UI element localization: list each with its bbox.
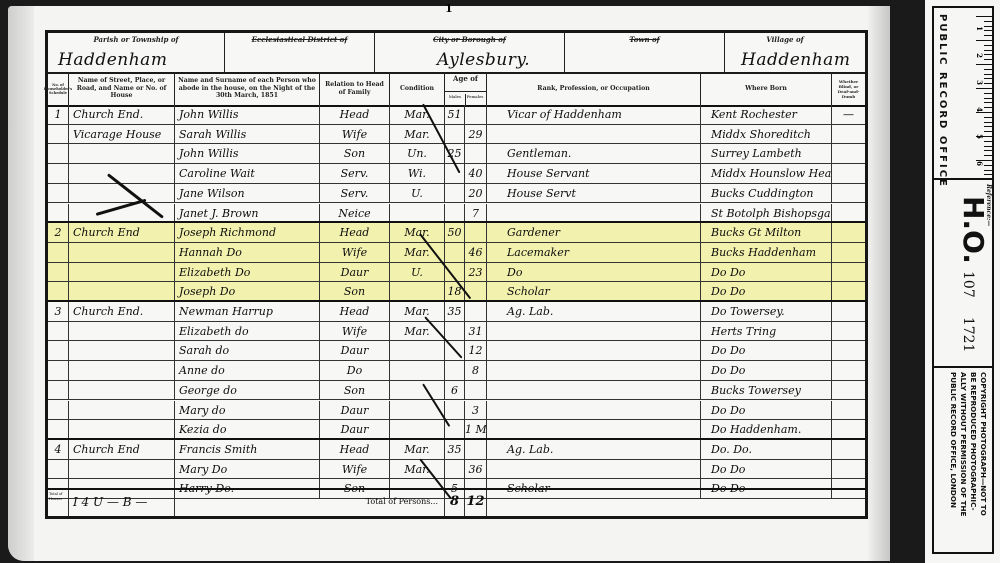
cell-name: Joseph Do <box>175 282 320 300</box>
cell-street <box>69 361 175 380</box>
ruler-tick <box>984 59 992 60</box>
col-relation: Relation to Head of Family <box>320 72 390 105</box>
reference-strip: PUBLIC RECORD OFFICE 123456 Reference:— … <box>925 0 1000 563</box>
col-schedule: No. of Householder's Schedule <box>48 72 69 105</box>
cell-female <box>465 105 487 124</box>
cell-relation: Head <box>320 223 390 242</box>
cell-relation: Son <box>320 144 390 163</box>
cell-relation: Do <box>320 361 390 380</box>
cell-blind <box>832 164 865 183</box>
cell-born: Bucks Haddenham <box>701 243 832 262</box>
totals-row: Total of Houses I 4 U — B — Total of Per… <box>48 488 865 516</box>
cell-born: Do Do <box>701 361 832 380</box>
table-row: 2Church EndJoseph RichmondHeadMar.50Gard… <box>48 223 865 243</box>
ruler-tick <box>984 170 992 171</box>
cell-male <box>445 125 465 144</box>
col-blind: Whether Blind, or Deaf-and-Dumb <box>832 72 865 105</box>
cell-male <box>445 401 465 420</box>
total-females: 12 <box>465 490 487 516</box>
cell-female <box>465 223 487 242</box>
cell-relation: Wife <box>320 125 390 144</box>
cell-born: Bucks Gt Milton <box>701 223 832 242</box>
col-age-females: Females <box>465 94 485 99</box>
cell-female <box>465 144 487 163</box>
parish-value: Haddenham <box>58 50 167 70</box>
cell-female: 20 <box>465 184 487 203</box>
cell-born: Middx Shoreditch <box>701 125 832 144</box>
cell-name: Anne do <box>175 361 320 380</box>
ruler-number: 6 <box>975 161 984 166</box>
ruler-tick <box>984 117 992 118</box>
census-form: Parish or Township of Haddenham Ecclesia… <box>45 30 868 519</box>
cell-blind <box>832 144 865 163</box>
table-row: Anne doDo8Do Do <box>48 361 865 381</box>
cell-blind <box>832 381 865 400</box>
cell-male: 50 <box>445 223 465 242</box>
cell-condition: Mar. <box>390 460 445 479</box>
cell-relation: Neice <box>320 204 390 222</box>
cell-female: 36 <box>465 460 487 479</box>
village-value: Haddenham <box>741 50 850 70</box>
town-label: Town of <box>629 35 659 44</box>
cell-relation: Head <box>320 105 390 124</box>
city-value: Aylesbury. <box>437 50 530 70</box>
cell-schedule <box>48 125 69 144</box>
cell-condition <box>390 341 445 360</box>
cell-relation: Daur <box>320 263 390 282</box>
ruler-tick <box>984 102 992 103</box>
cell-street <box>69 401 175 420</box>
cell-occupation: Do <box>487 263 701 282</box>
copyright-line: BE REPRODUCED PHOTOGRAPHIC- <box>969 372 978 511</box>
cell-name: Hannah Do <box>175 243 320 262</box>
cell-female: 40 <box>465 164 487 183</box>
cell-born: Do Do <box>701 282 832 300</box>
cell-condition: Mar. <box>390 440 445 459</box>
cell-relation: Son <box>320 381 390 400</box>
cell-condition: Mar. <box>390 243 445 262</box>
reference-code: H.O. <box>957 196 990 264</box>
cell-relation: Serv. <box>320 184 390 203</box>
cell-born: Kent Rochester <box>701 105 832 124</box>
cell-schedule <box>48 460 69 479</box>
cell-occupation <box>487 125 701 144</box>
ruler-tick <box>984 93 992 94</box>
cell-street: Church End. <box>69 105 175 124</box>
ruler-tick <box>984 50 992 51</box>
cell-street <box>69 420 175 438</box>
cell-schedule <box>48 381 69 400</box>
cell-condition <box>390 420 445 438</box>
city-cell: City or Borough of Aylesbury. <box>375 33 565 72</box>
cell-occupation: Gardener <box>487 223 701 242</box>
office-name: PUBLIC RECORD OFFICE <box>937 14 948 188</box>
ruler-tick <box>984 122 992 123</box>
cell-born: Bucks Cuddington <box>701 184 832 203</box>
cell-relation: Wife <box>320 460 390 479</box>
table-row: John WillisSonUn.25Gentleman.Surrey Lamb… <box>48 144 865 164</box>
ruler-number: 1 <box>975 26 984 31</box>
total-blank <box>487 490 865 516</box>
cell-occupation <box>487 401 701 420</box>
cell-name: George do <box>175 381 320 400</box>
cell-male: 51 <box>445 105 465 124</box>
ruler-number: 3 <box>975 80 984 85</box>
cell-blind <box>832 204 865 222</box>
cell-schedule <box>48 204 69 222</box>
cell-street: Church End <box>69 223 175 242</box>
reference-folio: 1721 <box>960 317 976 353</box>
cell-female: 3 <box>465 401 487 420</box>
cell-name: Sarah do <box>175 341 320 360</box>
cell-male <box>445 184 465 203</box>
ruler-tick <box>984 174 992 175</box>
table-row: 3Church End.Newman HarrupHeadMar.35Ag. L… <box>48 302 865 322</box>
cell-condition: U. <box>390 184 445 203</box>
table-row: Joseph DoSon18ScholarDo Do <box>48 282 865 302</box>
cell-schedule <box>48 341 69 360</box>
cell-blind <box>832 341 865 360</box>
cell-street <box>69 460 175 479</box>
cell-born: Middx Hounslow Heath <box>701 164 832 183</box>
col-condition: Condition <box>390 72 445 105</box>
cell-name: John Willis <box>175 144 320 163</box>
cell-name: John Willis <box>175 105 320 124</box>
cell-occupation <box>487 204 701 222</box>
cell-female <box>465 381 487 400</box>
cell-schedule: 4 <box>48 440 69 459</box>
cell-relation: Wife <box>320 322 390 341</box>
cell-occupation: House Servt <box>487 184 701 203</box>
cell-occupation: Lacemaker <box>487 243 701 262</box>
cell-relation: Daur <box>320 420 390 438</box>
ruler-tick <box>984 74 992 75</box>
cell-born: Do Do <box>701 401 832 420</box>
cell-relation: Head <box>320 302 390 321</box>
ruler-tick <box>984 131 992 132</box>
cell-name: Janet J. Brown <box>175 204 320 222</box>
ruler-tick <box>976 40 992 41</box>
cell-female: 46 <box>465 243 487 262</box>
table-row: Janet J. BrownNeice7St Botolph Bishopsga… <box>48 204 865 224</box>
age-subheaders: Males Females <box>445 91 487 105</box>
reference-box: PUBLIC RECORD OFFICE 123456 Reference:— … <box>932 6 994 554</box>
ruler-number: 2 <box>975 53 984 58</box>
cell-street <box>69 322 175 341</box>
table-row: Elizabeth doWifeMar.31Herts Tring <box>48 322 865 342</box>
col-street: Name of Street, Place, or Road, and Name… <box>69 72 175 105</box>
cell-street: Church End. <box>69 302 175 321</box>
ruler-tick <box>984 98 992 99</box>
cell-male <box>445 460 465 479</box>
cell-condition: Mar. <box>390 223 445 242</box>
cell-street <box>69 341 175 360</box>
cell-blind <box>832 302 865 321</box>
cell-schedule <box>48 401 69 420</box>
cell-name: Caroline Wait <box>175 164 320 183</box>
ecclesiastical-label: Ecclesiastical District of <box>252 35 348 44</box>
table-row: Mary DoWifeMar.36Do Do <box>48 460 865 480</box>
cell-condition: Wi. <box>390 164 445 183</box>
copyright-section: COPYRIGHT PHOTOGRAPH—NOT TOBE REPRODUCED… <box>934 366 992 552</box>
col-age-label: Age of <box>453 75 478 83</box>
cell-schedule <box>48 420 69 438</box>
cell-blind <box>832 125 865 144</box>
cell-female: 12 <box>465 341 487 360</box>
ruler-tick <box>984 165 992 166</box>
cell-street <box>69 282 175 300</box>
cell-occupation: Gentleman. <box>487 144 701 163</box>
cell-schedule: 3 <box>48 302 69 321</box>
table-row: 4Church EndFrancis SmithHeadMar.35Ag. La… <box>48 440 865 460</box>
cell-occupation <box>487 341 701 360</box>
ruler-tick <box>984 54 992 55</box>
cell-street <box>69 263 175 282</box>
ecclesiastical-cell: Ecclesiastical District of <box>225 33 375 72</box>
cell-condition: Mar. <box>390 302 445 321</box>
cell-schedule: 1 <box>48 105 69 124</box>
cell-born: Bucks Towersey <box>701 381 832 400</box>
cell-name: Francis Smith <box>175 440 320 459</box>
cell-relation: Daur <box>320 401 390 420</box>
cell-blind <box>832 184 865 203</box>
cell-street: Vicarage House <box>69 125 175 144</box>
cell-schedule <box>48 184 69 203</box>
cell-street <box>69 381 175 400</box>
cell-occupation <box>487 361 701 380</box>
cell-name: Mary do <box>175 401 320 420</box>
cell-relation: Daur <box>320 341 390 360</box>
cell-born: Do Do <box>701 341 832 360</box>
cell-female: 31 <box>465 322 487 341</box>
reference-piece: 107 <box>960 271 976 298</box>
ruler-tick <box>984 21 992 22</box>
copyright-line: PUBLIC RECORD OFFICE, LONDON <box>949 372 958 508</box>
cell-street <box>69 144 175 163</box>
ruler-tick <box>984 141 992 142</box>
cell-born: Do. Do. <box>701 440 832 459</box>
cell-born: St Botolph Bishopsgate <box>701 204 832 222</box>
table-row: Hannah DoWifeMar.46LacemakerBucks Hadden… <box>48 243 865 263</box>
cell-male <box>445 204 465 222</box>
page-right-edge <box>868 6 890 561</box>
cell-schedule <box>48 164 69 183</box>
cell-blind <box>832 401 865 420</box>
cell-name: Elizabeth Do <box>175 263 320 282</box>
cell-schedule <box>48 243 69 262</box>
ruler-number: 4 <box>975 107 984 112</box>
cell-male <box>445 361 465 380</box>
total-houses-value: I 4 U — B — <box>69 490 175 516</box>
cell-blind <box>832 440 865 459</box>
cell-occupation <box>487 381 701 400</box>
ruler-tick <box>976 88 992 89</box>
cell-born: Do Do <box>701 460 832 479</box>
cell-male: 18 <box>445 282 465 300</box>
ruler-tick <box>976 112 992 113</box>
cell-occupation <box>487 420 701 438</box>
cell-schedule <box>48 361 69 380</box>
cell-blind <box>832 223 865 242</box>
cell-born: Surrey Lambeth <box>701 144 832 163</box>
total-persons-label: Total of Persons... <box>175 490 445 516</box>
ruler-tick <box>984 146 992 147</box>
cell-blind <box>832 322 865 341</box>
cell-occupation <box>487 322 701 341</box>
col-born: Where Born <box>701 72 832 105</box>
cell-blind <box>832 361 865 380</box>
cell-schedule <box>48 282 69 300</box>
cell-female <box>465 302 487 321</box>
cell-blind <box>832 243 865 262</box>
cell-blind: — <box>832 105 865 124</box>
ruler-tick <box>976 16 992 17</box>
cell-occupation: Vicar of Haddenham <box>487 105 701 124</box>
cell-condition: U. <box>390 263 445 282</box>
cell-female: 1 Mo <box>465 420 487 438</box>
cell-born: Do Towersey. <box>701 302 832 321</box>
location-header: Parish or Township of Haddenham Ecclesia… <box>48 33 865 74</box>
census-page: 1 Parish or Township of Haddenham Eccles… <box>8 6 890 561</box>
cell-schedule <box>48 322 69 341</box>
cell-female: 23 <box>465 263 487 282</box>
ruler-tick <box>984 69 992 70</box>
page-number-mark: 1 <box>445 2 453 15</box>
cell-relation: Head <box>320 440 390 459</box>
parish-cell: Parish or Township of Haddenham <box>48 33 225 72</box>
cell-blind <box>832 420 865 438</box>
cell-male <box>445 243 465 262</box>
col-occupation: Rank, Profession, or Occupation <box>487 72 701 105</box>
table-row: Kezia doDaur1 MoDo Haddenham. <box>48 420 865 440</box>
cell-condition <box>390 282 445 300</box>
ruler-tick <box>984 45 992 46</box>
total-houses-label: Total of Houses <box>48 490 69 516</box>
ruler-tick <box>984 30 992 31</box>
ruler-tick <box>984 83 992 84</box>
cell-name: Joseph Richmond <box>175 223 320 242</box>
reference-number: H.O. 107 1721 <box>957 196 990 352</box>
cell-male: 35 <box>445 302 465 321</box>
table-row: Mary doDaur3Do Do <box>48 401 865 421</box>
table-row: 1Church End.John WillisHeadMar.51Vicar o… <box>48 105 865 125</box>
cell-condition <box>390 204 445 222</box>
cell-occupation <box>487 460 701 479</box>
cell-condition <box>390 361 445 380</box>
cell-female: 29 <box>465 125 487 144</box>
page-left-edge <box>8 6 34 561</box>
table-row: George doSon6Bucks Towersey <box>48 381 865 401</box>
cell-born: Do Haddenham. <box>701 420 832 438</box>
cell-blind <box>832 282 865 300</box>
cell-blind <box>832 263 865 282</box>
table-row: Jane WilsonServ.U.20House ServtBucks Cud… <box>48 184 865 204</box>
ruler-tick <box>984 155 992 156</box>
cell-street <box>69 243 175 262</box>
cell-relation: Wife <box>320 243 390 262</box>
cell-name: Newman Harrup <box>175 302 320 321</box>
ruler-tick <box>976 64 992 65</box>
cell-male <box>445 322 465 341</box>
ruler-tick <box>984 78 992 79</box>
ruler-number: 5 <box>975 134 984 139</box>
cell-occupation: Ag. Lab. <box>487 302 701 321</box>
cell-schedule: 2 <box>48 223 69 242</box>
ruler-tick <box>984 126 992 127</box>
ruler-tick <box>984 26 992 27</box>
cell-born: Do Do <box>701 263 832 282</box>
cell-schedule <box>48 144 69 163</box>
ruler-tick <box>984 35 992 36</box>
cell-female: 8 <box>465 361 487 380</box>
cell-female: 7 <box>465 204 487 222</box>
village-cell: Village of Haddenham <box>725 33 865 72</box>
cell-occupation: Scholar <box>487 282 701 300</box>
ruler-tick <box>984 107 992 108</box>
cell-name: Jane Wilson <box>175 184 320 203</box>
cell-street <box>69 164 175 183</box>
cell-street: Church End <box>69 440 175 459</box>
copyright-line: COPYRIGHT PHOTOGRAPH—NOT TO <box>979 372 988 516</box>
cell-condition <box>390 381 445 400</box>
reference-section: Reference:— H.O. 107 1721 <box>934 178 992 368</box>
col-name: Name and Surname of each Person who abod… <box>175 72 320 105</box>
cell-blind <box>832 460 865 479</box>
cell-occupation: Ag. Lab. <box>487 440 701 459</box>
cell-name: Kezia do <box>175 420 320 438</box>
cell-schedule <box>48 263 69 282</box>
cell-condition: Un. <box>390 144 445 163</box>
cell-born: Herts Tring <box>701 322 832 341</box>
parish-label: Parish or Township of <box>93 35 178 44</box>
cell-name: Sarah Willis <box>175 125 320 144</box>
cell-male: 6 <box>445 381 465 400</box>
cell-relation: Son <box>320 282 390 300</box>
ruler-section: PUBLIC RECORD OFFICE 123456 <box>934 8 992 180</box>
village-label: Village of <box>766 35 803 44</box>
copyright-line: ALLY WITHOUT PERMISSION OF THE <box>959 372 968 516</box>
cell-condition: Mar. <box>390 105 445 124</box>
cell-name: Elizabeth do <box>175 322 320 341</box>
cell-occupation: House Servant <box>487 164 701 183</box>
town-cell: Town of <box>565 33 725 72</box>
cell-name: Mary Do <box>175 460 320 479</box>
ruler-tick <box>984 150 992 151</box>
table-row: Vicarage HouseSarah WillisWifeMar.29Midd… <box>48 125 865 145</box>
cell-relation: Serv. <box>320 164 390 183</box>
cell-male: 35 <box>445 440 465 459</box>
column-headers: No. of Householder's Schedule Name of St… <box>48 72 865 107</box>
city-label: City or Borough of <box>433 35 506 44</box>
cell-female <box>465 440 487 459</box>
